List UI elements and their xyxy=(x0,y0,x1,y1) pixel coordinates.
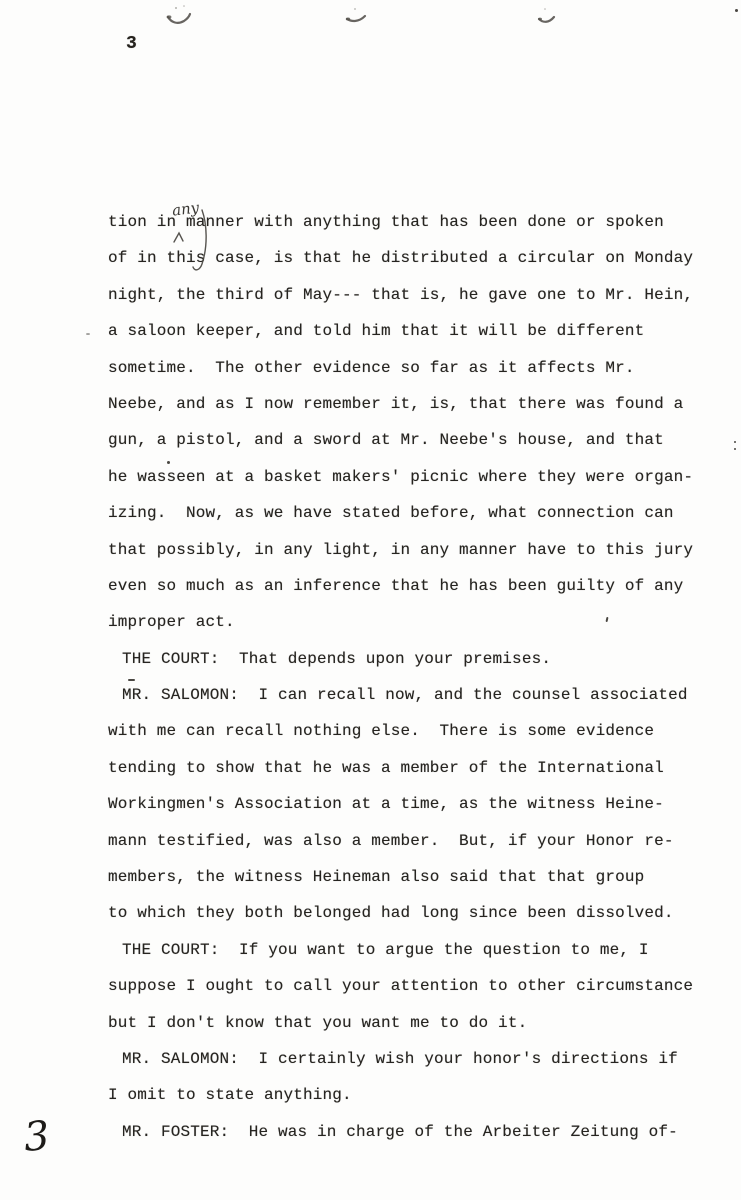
transcript-line: he wasseen at a basket makers' picnic wh… xyxy=(108,459,718,495)
transcript-line: mann testified, was also a member. But, … xyxy=(108,823,718,859)
transcript-line: MR. SALOMON: I certainly wish your honor… xyxy=(108,1041,718,1077)
transcript-text: tion in manner with anything that has be… xyxy=(108,204,718,1150)
document-page: 3 tion in manner with anything that has … xyxy=(0,0,741,1200)
transcript-line: I omit to state anything. xyxy=(108,1077,718,1113)
insertion-caret-and-stroke xyxy=(160,190,230,285)
ink-speck xyxy=(735,9,738,12)
transcript-line: suppose I ought to call your attention t… xyxy=(108,968,718,1004)
transcript-line: MR. SALOMON: I can recall now, and the c… xyxy=(108,677,718,713)
transcript-line: that possibly, in any light, in any mann… xyxy=(108,532,718,568)
ink-speck xyxy=(128,679,135,681)
transcript-line: a saloon keeper, and told him that it wi… xyxy=(108,313,718,349)
transcript-line: even so much as an inference that he has… xyxy=(108,568,718,604)
transcript-line: THE COURT: If you want to argue the ques… xyxy=(108,932,718,968)
transcript-line: members, the witness Heineman also said … xyxy=(108,859,718,895)
transcript-line: improper act. xyxy=(108,604,718,640)
handwritten-page-number: 3 xyxy=(22,1113,51,1161)
ink-speck xyxy=(167,461,170,464)
transcript-line: with me can recall nothing else. There i… xyxy=(108,713,718,749)
ink-speck xyxy=(734,441,736,443)
transcript-line: izing. Now, as we have stated before, wh… xyxy=(108,495,718,531)
transcript-line: tending to show that he was a member of … xyxy=(108,750,718,786)
transcript-line: to which they both belonged had long sin… xyxy=(108,895,718,931)
ink-smudges-top xyxy=(0,0,741,40)
transcript-line: Workingmen's Association at a time, as t… xyxy=(108,786,718,822)
transcript-line: Neebe, and as I now remember it, is, tha… xyxy=(108,386,718,422)
transcript-line: sometime. The other evidence so far as i… xyxy=(108,350,718,386)
typed-page-number: 3 xyxy=(126,34,137,54)
ink-speck xyxy=(86,333,90,335)
ink-speck xyxy=(734,448,736,450)
transcript-line: gun, a pistol, and a sword at Mr. Neebe'… xyxy=(108,422,718,458)
transcript-line: MR. FOSTER: He was in charge of the Arbe… xyxy=(108,1114,718,1150)
transcript-line: THE COURT: That depends upon your premis… xyxy=(108,641,718,677)
transcript-line: but I don't know that you want me to do … xyxy=(108,1005,718,1041)
